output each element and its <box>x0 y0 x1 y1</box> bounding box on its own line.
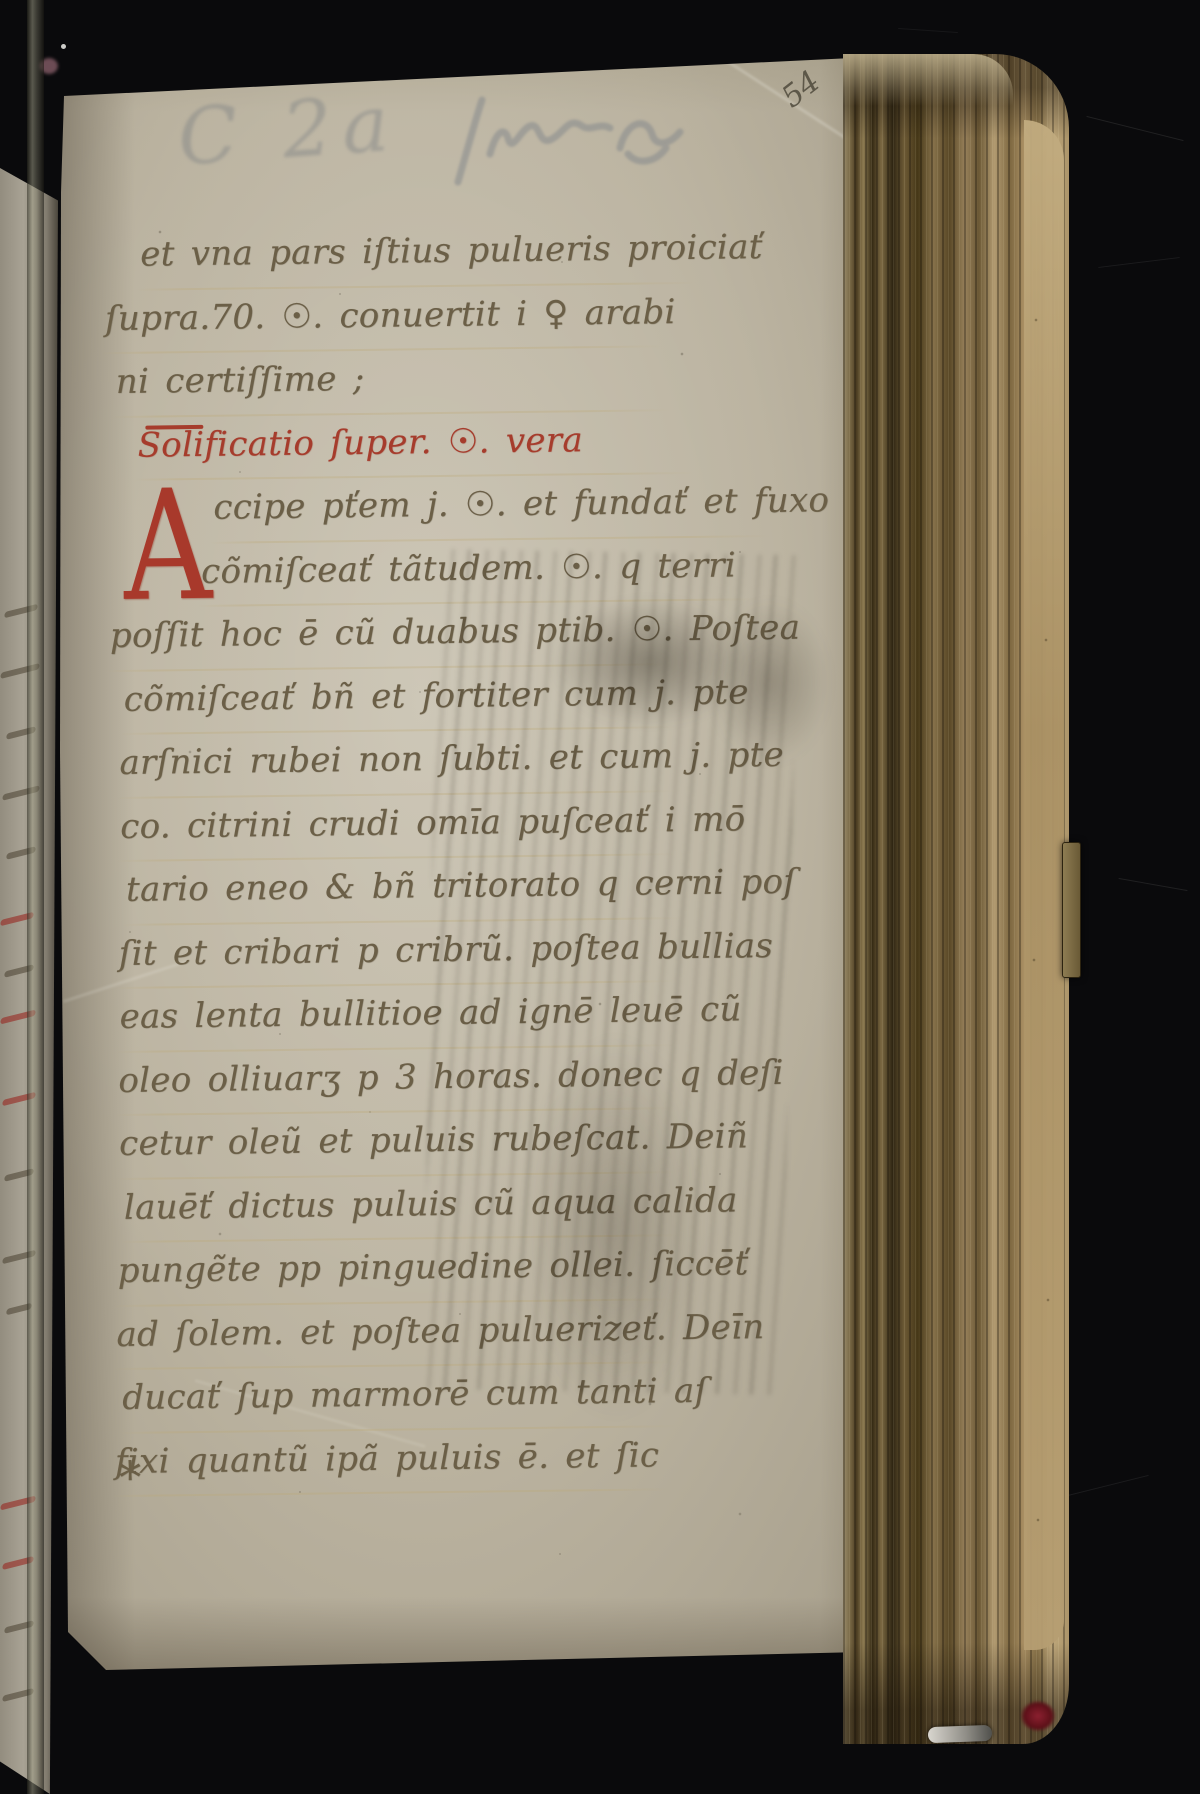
text-line: et vna pars iſtius pulueris proiciať <box>140 227 733 298</box>
text-line: lauēť dictus puluis cũ aqua calida <box>124 1180 745 1251</box>
clasp-tab <box>1062 842 1081 978</box>
text-line: ſupra.70. ☉. conuertit i ♀ arabi <box>105 291 734 362</box>
text-line: cõmiſceať tãtudem. ☉. q terri <box>201 545 737 615</box>
cover-corner-red <box>1020 1700 1056 1732</box>
book-cradle-strap <box>27 0 44 1794</box>
fore-edge-head-highlight <box>843 54 1013 106</box>
text-line: oleo olliuarʒ p 3 horas. donec q deſi <box>118 1053 743 1124</box>
text-line: pungẽte pp pinguedine ollei. ſiccēť <box>117 1243 745 1314</box>
text-line: ſit et cribari p cribrũ. poſtea bullias <box>119 926 742 997</box>
scratch-mark <box>1098 257 1180 268</box>
text-line: cõmiſceať bñ et fortiter cum j. pte <box>123 672 738 743</box>
text-block: et vna pars iſtius pulueris proiciať ſup… <box>112 227 747 1504</box>
text-line: ∗fixi quantũ ipã puluis ē. et ſic <box>115 1434 748 1505</box>
manuscript-photo-scene: C 2a 54 et vna pars iſtius pulueris proi… <box>0 0 1200 1794</box>
initial-letter: A <box>123 486 212 607</box>
rubric-underline <box>145 424 203 429</box>
text-line: co. citrini crudi omīa puſceať i mō <box>120 799 740 870</box>
last-line-text: fixi quantũ ipã puluis ē. et ſic <box>115 1435 660 1482</box>
pencil-scrawl <box>190 82 690 202</box>
rubric-line: Solificatio ſuper. ☉. vera <box>137 418 735 489</box>
text-line: tario eneo & bñ tritorato q cerni poſ <box>126 862 741 933</box>
text-line: arſnici rubei non ſubti. et cum j. pte <box>119 735 739 806</box>
scratch-mark <box>898 28 958 33</box>
scratch-mark <box>1118 878 1187 891</box>
text-line: ni certiſſime ; <box>116 354 735 425</box>
main-page: C 2a 54 et vna pars iſtius pulueris proi… <box>40 52 890 1677</box>
dust-speck <box>61 44 66 49</box>
scratch-mark <box>1059 1475 1149 1498</box>
text-line: ccipe pťem j. ☉. et fundať et fuxo <box>213 481 736 551</box>
text-line: cetur oleũ et puluis rubeſcat. Deiñ <box>119 1116 744 1187</box>
scratch-mark <box>1086 116 1183 141</box>
outer-leaf-band <box>1024 120 1064 1650</box>
text-line: eas lenta bullitioe ad ignē leuē cũ <box>119 989 742 1060</box>
clasp-glint <box>928 1725 993 1743</box>
text-line: ducať ſup marmorē cum tanti aſ <box>122 1370 747 1441</box>
text-line: ad ſolem. et poſtea puluerizeť. Deīn <box>116 1307 746 1378</box>
